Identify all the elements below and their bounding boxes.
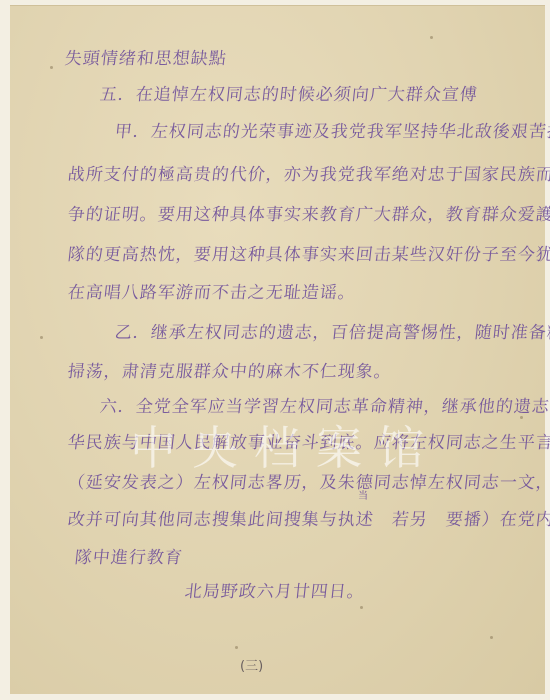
text-line-13: 改并可向其他同志搜集此间搜集与执述 若另 要播）在党内及部 (67, 505, 550, 530)
archive-watermark: 中央档案馆 (130, 412, 440, 478)
text-line-1: 失頭情绪和思想缺點 (64, 44, 229, 69)
paper-speck (360, 606, 363, 609)
text-line-5: 争的证明。要用这种具体事实来教育广大群众，教育群众爱護军 (67, 200, 550, 225)
text-line-14: 隊中進行教育 (74, 543, 185, 568)
insertion-mark: 当 (358, 487, 368, 502)
signature-date: 北局野政六月廿四日。 (184, 577, 367, 602)
paper-speck (40, 336, 43, 339)
paper-speck (50, 66, 53, 69)
text-line-3: 甲．左权同志的光荣事迹及我党我军坚持华北敌後艰苦抗 (114, 117, 550, 142)
text-line-6: 隊的更高热忱，要用这种具体事实来回击某些汉奸份子至今犹 (67, 240, 550, 265)
text-line-7: 在高唱八路军游而不击之无耻造谣。 (67, 278, 358, 303)
paper-speck (235, 646, 238, 649)
text-line-2: 五．在追悼左权同志的时候必须向广大群众宣傅 (99, 80, 480, 105)
paper-speck (490, 636, 493, 639)
page-number: (三) (240, 655, 263, 674)
text-line-4: 战所支付的極高贵的代价，亦为我党我军绝对忠于国家民族而斗 (67, 160, 550, 185)
text-line-9: 掃荡，肃清克服群众中的麻木不仁现象。 (67, 357, 394, 382)
text-line-8: 乙．继承左权同志的遗志，百倍提高警惕性，随时准备粉碎敌之 (114, 318, 550, 343)
paper-speck (430, 36, 433, 39)
